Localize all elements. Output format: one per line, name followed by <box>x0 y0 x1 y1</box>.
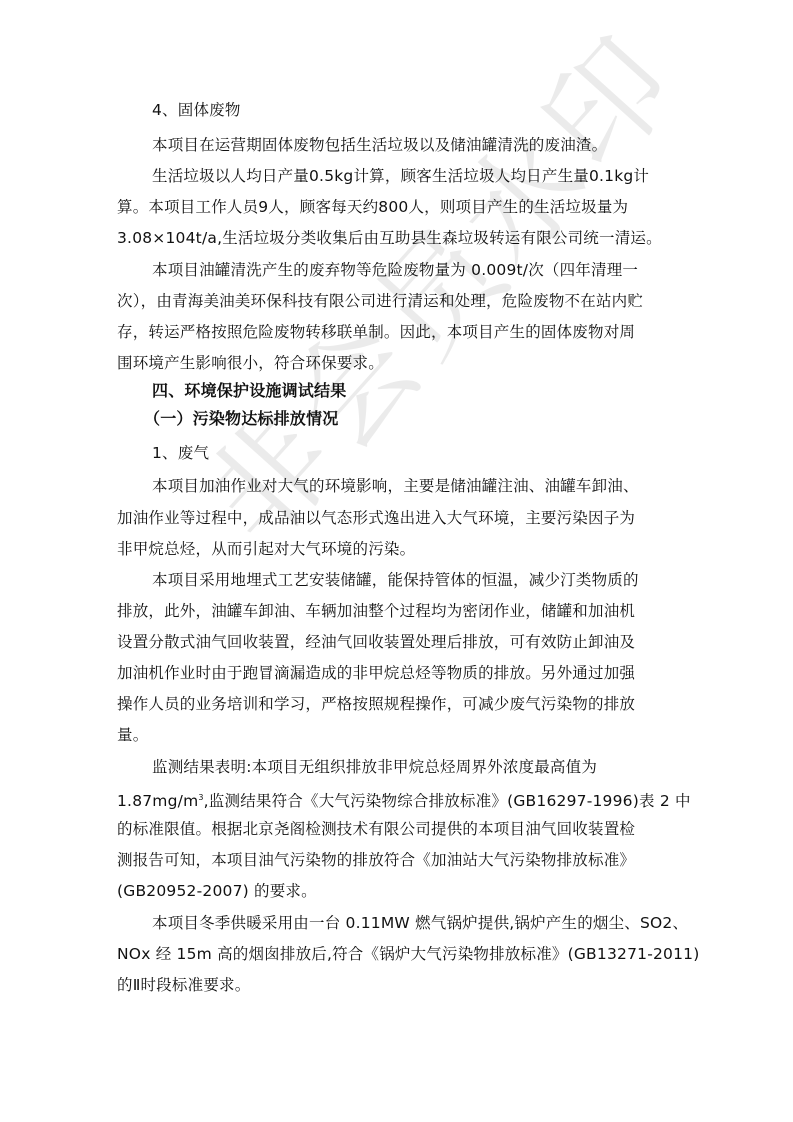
paragraph-line: 非甲烷总烃，从而引起对大气环境的污染。 <box>117 539 415 559</box>
paragraph-line: 本项目油罐清洗产生的废弃物等危险废物量为 0.009t/次（四年清理一 <box>152 260 638 280</box>
paragraph-line: 围环境产生影响很小，符合环保要求。 <box>117 353 384 373</box>
paragraph-line: 算。本项目工作人员9人，顾客每天约800人，则项目产生的生活垃圾量为 <box>117 197 628 217</box>
paragraph-line: 本项目采用地埋式工艺安装储罐，能保持管体的恒温，减少汀类物质的 <box>152 570 639 590</box>
paragraph-line: 生活垃圾以人均日产量0.5kg计算，顾客生活垃圾人均日产生量0.1kg计 <box>152 166 649 186</box>
concentration-value: 1.87mg/m <box>117 792 198 810</box>
paragraph-line: (GB20952-2007) 的要求。 <box>117 881 317 901</box>
section-heading-solid-waste: 4、固体废物 <box>152 100 241 120</box>
paragraph-line: 加油机作业时由于跑冒滴漏造成的非甲烷总烃等物质的排放。另外通过加强 <box>117 663 635 683</box>
paragraph-line: 监测结果表明:本项目无组织排放非甲烷总烃周界外浓度最高值为 <box>152 757 597 777</box>
paragraph-line: 本项目在运营期固体废物包括生活垃圾以及储油罐清洗的废油渣。 <box>152 135 607 155</box>
paragraph-line: 排放，此外，油罐车卸油、车辆加油整个过程均为密闭作业，储罐和加油机 <box>117 601 635 621</box>
paragraph-line: 操作人员的业务培训和学习，严格按照规程操作，可减少废气污染物的排放 <box>117 694 635 714</box>
paragraph-line: 存，转运严格按照危险废物转移联单制。因此，本项目产生的固体废物对周 <box>117 322 635 342</box>
paragraph-line: 的Ⅱ时段标准要求。 <box>117 975 250 995</box>
section-heading-four: 四、环境保护设施调试结果 <box>152 381 346 401</box>
paragraph-line: 次），由青海美油美环保科技有限公司进行清运和处理，危险废物不在站内贮 <box>117 291 643 311</box>
paragraph-line: 加油作业等过程中，成品油以气态形式逸出进入大气环境，主要污染因子为 <box>117 508 635 528</box>
paragraph-line: 3.08×104t/a,生活垃圾分类收集后由互助县生森垃圾转运有限公司统一清运。 <box>117 228 662 248</box>
paragraph-line: 测报告可知，本项目油气污染物的排放符合《加油站大气污染物排放标准》 <box>117 850 635 870</box>
paragraph-line: 量。 <box>117 725 148 745</box>
paragraph-line: 的标准限值。根据北京尧阁检测技术有限公司提供的本项目油气回收装置检 <box>117 819 635 839</box>
section-heading-waste-gas: 1、废气 <box>152 443 209 463</box>
paragraph-text: ,监测结果符合《大气污染物综合排放标准》(GB16297-1996)表 2 中 <box>204 792 691 810</box>
paragraph-line: 本项目冬季供暖采用由一台 0.11MW 燃气锅炉提供,锅炉产生的烟尘、SO2、 <box>152 913 688 933</box>
paragraph-line: 设置分散式油气回收装置，经油气回收装置处理后排放，可有效防止卸油及 <box>117 632 635 652</box>
paragraph-line: 1.87mg/m3,监测结果符合《大气污染物综合排放标准》(GB16297-19… <box>117 788 691 811</box>
paragraph-line: 本项目加油作业对大气的环境影响，主要是储油罐注油、油罐车卸油、 <box>152 476 639 496</box>
subsection-heading: （一）污染物达标排放情况 <box>144 409 338 429</box>
paragraph-line: NOx 经 15m 高的烟囱排放后,符合《锅炉大气污染物排放标准》(GB1327… <box>117 944 700 964</box>
